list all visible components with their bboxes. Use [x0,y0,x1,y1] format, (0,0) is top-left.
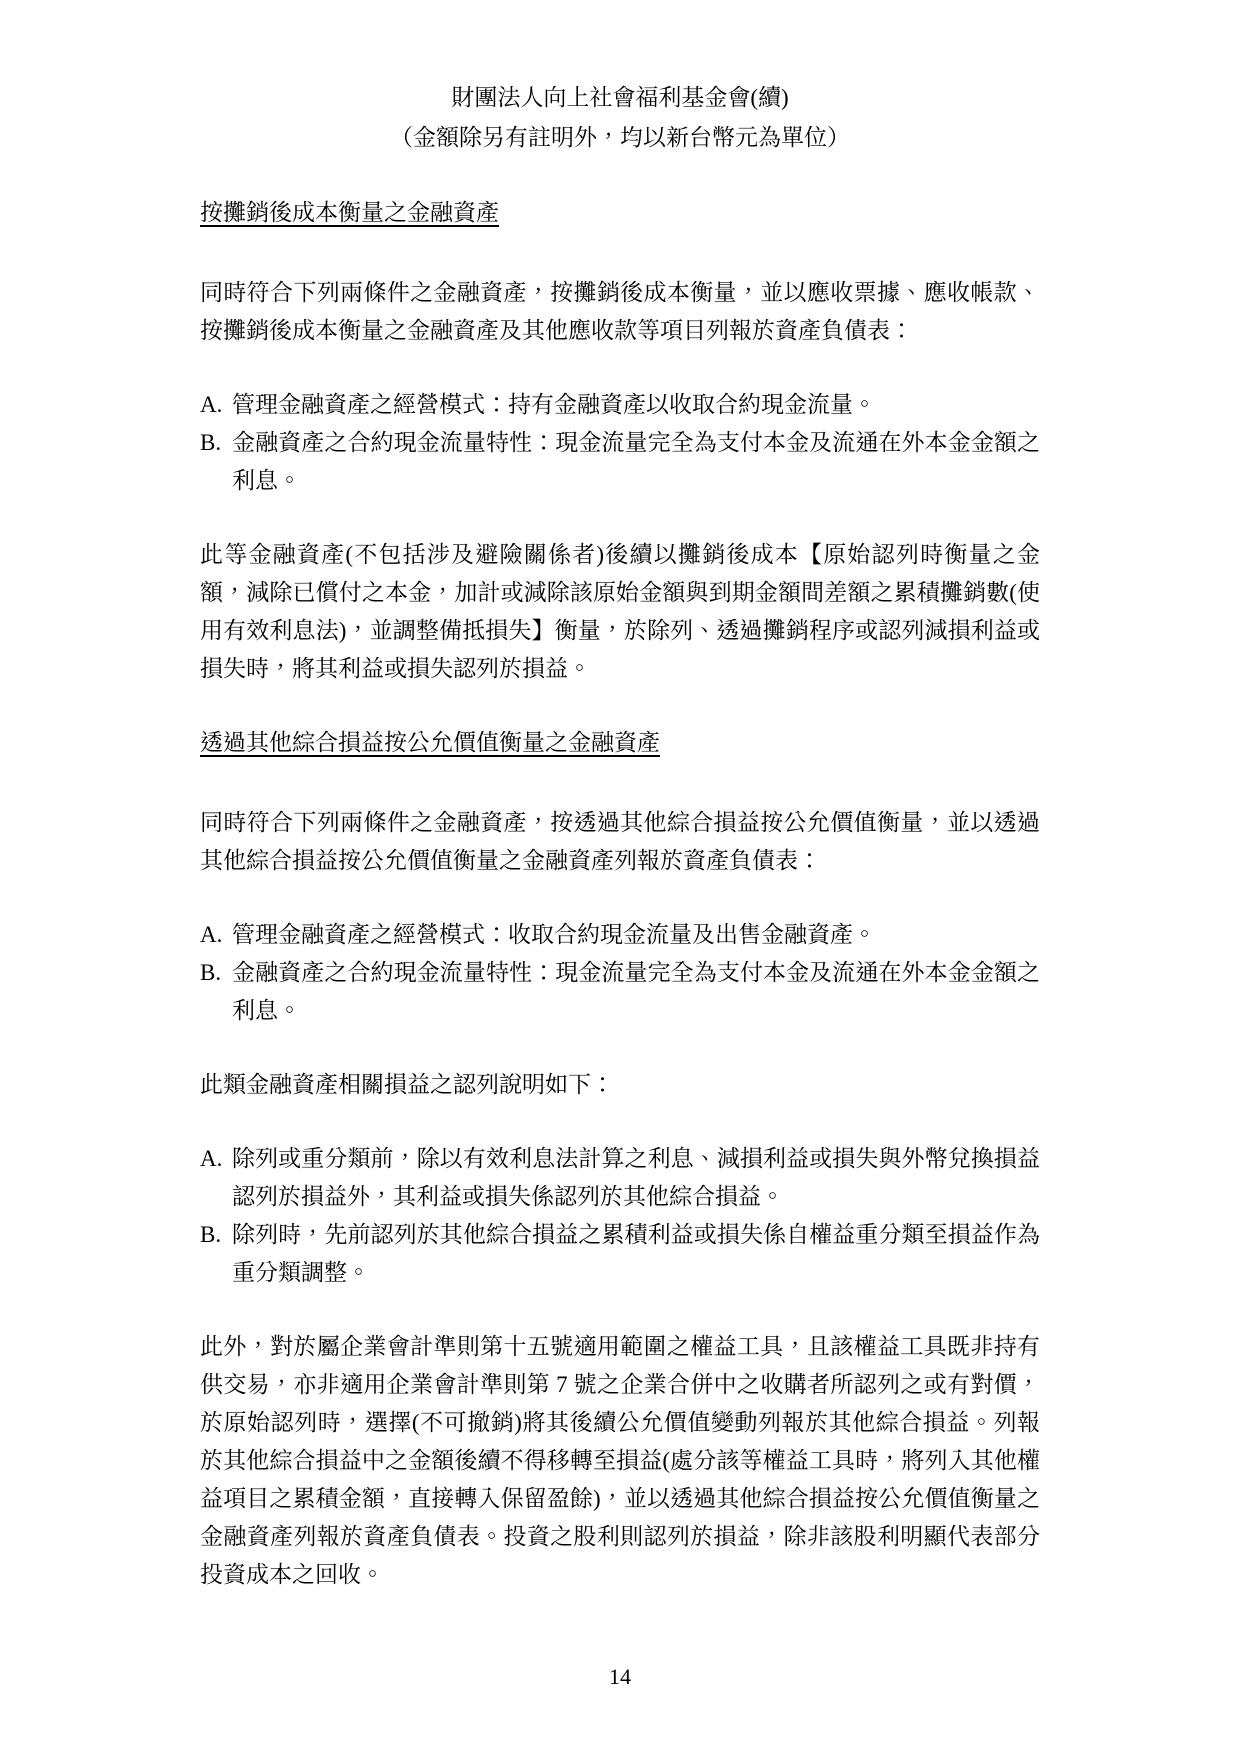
list-item-label: A. [200,916,232,954]
list-item-label: B. [200,424,232,500]
list-item-label: A. [200,386,232,424]
list-item: A. 管理金融資產之經營模式：持有金融資產以收取合約現金流量。 [200,386,1040,424]
list-item-text: 管理金融資產之經營模式：收取合約現金流量及出售金融資產。 [232,916,1040,954]
list-item: A. 管理金融資產之經營模式：收取合約現金流量及出售金融資產。 [200,916,1040,954]
list-item-text: 除列時，先前認列於其他綜合損益之累積利益或損失係自權益重分類至損益作為重分類調整… [232,1216,1040,1292]
list-item: B. 金融資產之合約現金流量特性：現金流量完全為支付本金及流通在外本金金額之利息… [200,424,1040,500]
list-item-text: 管理金融資產之經營模式：持有金融資產以收取合約現金流量。 [232,386,1040,424]
section-heading-text: 透過其他綜合損益按公允價值衡量之金融資產 [200,730,660,755]
list-item-text: 金融資產之合約現金流量特性：現金流量完全為支付本金及流通在外本金金額之利息。 [232,424,1040,500]
condition-list-amortized: A. 管理金融資產之經營模式：持有金融資產以收取合約現金流量。 B. 金融資產之… [200,386,1040,500]
recognition-list: A. 除列或重分類前，除以有效利息法計算之利息、減損利益或損失與外幣兌換損益認列… [200,1140,1040,1292]
doc-unit-note: （金額除另有註明外，均以新台幣元為單位） [200,118,1040,158]
page-content: 財團法人向上社會福利基金會(續) （金額除另有註明外，均以新台幣元為單位） 按攤… [200,78,1040,1594]
section-heading-fvoci: 透過其他綜合損益按公允價值衡量之金融資產 [200,724,1040,762]
document-header: 財團法人向上社會福利基金會(續) （金額除另有註明外，均以新台幣元為單位） [200,78,1040,158]
list-item: B. 除列時，先前認列於其他綜合損益之累積利益或損失係自權益重分類至損益作為重分… [200,1216,1040,1292]
list-item-text: 金融資產之合約現金流量特性：現金流量完全為支付本金及流通在外本金金額之利息。 [232,954,1040,1030]
paragraph-amortized-measurement: 此等金融資產(不包括涉及避險關係者)後續以攤銷後成本【原始認列時衡量之金額，減除… [200,536,1040,688]
list-item: B. 金融資產之合約現金流量特性：現金流量完全為支付本金及流通在外本金金額之利息… [200,954,1040,1030]
section-heading-text: 按攤銷後成本衡量之金融資產 [200,200,499,225]
list-item-label: B. [200,954,232,1030]
section-heading-amortized-cost: 按攤銷後成本衡量之金融資產 [200,194,1040,232]
list-item: A. 除列或重分類前，除以有效利息法計算之利息、減損利益或損失與外幣兌換損益認列… [200,1140,1040,1216]
doc-title: 財團法人向上社會福利基金會(續) [200,78,1040,118]
list-item-text: 除列或重分類前，除以有效利息法計算之利息、減損利益或損失與外幣兌換損益認列於損益… [232,1140,1040,1216]
page-number: 14 [0,1662,1240,1692]
condition-list-fvoci: A. 管理金融資產之經營模式：收取合約現金流量及出售金融資產。 B. 金融資產之… [200,916,1040,1030]
list-item-label: B. [200,1216,232,1292]
paragraph-equity-instruments: 此外，對於屬企業會計準則第十五號適用範圍之權益工具，且該權益工具既非持有供交易，… [200,1328,1040,1594]
paragraph-recognition-intro: 此類金融資產相關損益之認列說明如下： [200,1066,1040,1104]
paragraph-fvoci-intro: 同時符合下列兩條件之金融資產，按透過其他綜合損益按公允價值衡量，並以透過其他綜合… [200,804,1040,880]
paragraph-amortized-intro: 同時符合下列兩條件之金融資產，按攤銷後成本衡量，並以應收票據、應收帳款、按攤銷後… [200,274,1040,350]
document-page: 財團法人向上社會福利基金會(續) （金額除另有註明外，均以新台幣元為單位） 按攤… [0,0,1240,1754]
list-item-label: A. [200,1140,232,1216]
